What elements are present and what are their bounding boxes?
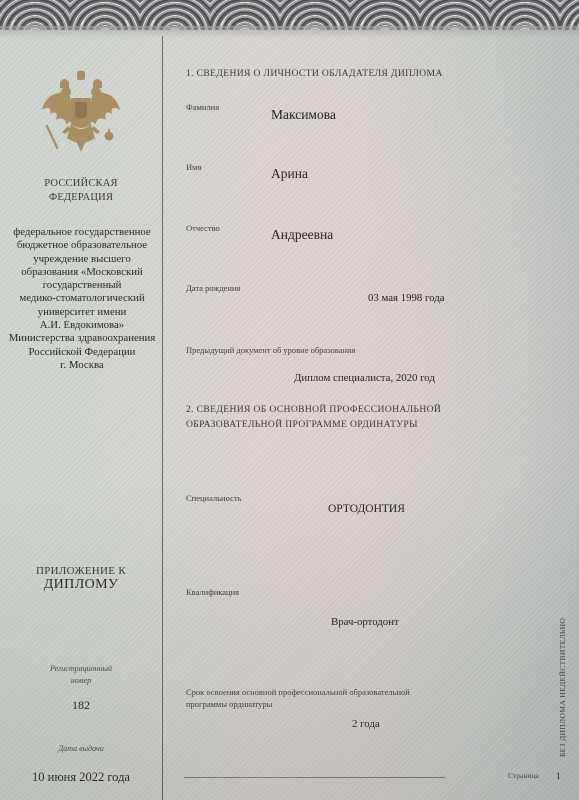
qualification-value: Врач-ортодонт [331, 616, 399, 628]
institution-line: учреждение высшего [2, 253, 162, 266]
specialty-label: Специальность [186, 493, 241, 503]
section-2-heading-line-2: ОБРАЗОВАТЕЛЬНОЙ ПРОГРАММЕ ОРДИНАТУРЫ [186, 417, 441, 432]
institution-line: федеральное государственное [2, 226, 162, 239]
institution-line: государственный [2, 279, 162, 292]
registration-number-label: Регистрационный номер [0, 663, 162, 687]
institution-line: университет имени [2, 306, 162, 319]
page-label: Страница [508, 771, 539, 780]
previous-document-label: Предыдущий документ об уровне образовани… [186, 345, 355, 355]
issue-date-label: Дата выдачи [0, 744, 162, 753]
section-2-heading-line-1: 2. СВЕДЕНИЯ ОБ ОСНОВНОЙ ПРОФЕССИОНАЛЬНОЙ [186, 402, 441, 417]
double-headed-eagle-icon [40, 70, 122, 158]
registration-label-line-2: номер [0, 675, 162, 687]
institution-line: образования «Московский [2, 266, 162, 279]
duration-value: 2 года [352, 718, 380, 730]
institution-line: Российской Федерации [2, 346, 162, 359]
country-line-2: ФЕДЕРАЦИЯ [0, 191, 162, 205]
page-number: 1 [556, 771, 561, 781]
patronymic-label: Отчество [186, 223, 220, 233]
section-1-heading: 1. СВЕДЕНИЯ О ЛИЧНОСТИ ОБЛАДАТЕЛЯ ДИПЛОМ… [186, 66, 443, 81]
country-line-1: РОССИЙСКАЯ [0, 177, 162, 191]
duration-label-line-2: программы ординатуры [186, 698, 410, 710]
section-2-heading: 2. СВЕДЕНИЯ ОБ ОСНОВНОЙ ПРОФЕССИОНАЛЬНОЙ… [186, 402, 441, 432]
country-name: РОССИЙСКАЯ ФЕДЕРАЦИЯ [0, 177, 162, 205]
patronymic-value: Андреевна [271, 227, 333, 243]
issue-date: 10 июня 2022 года [0, 770, 162, 785]
previous-document-value: Диплом специалиста, 2020 год [294, 372, 435, 384]
registration-number: 182 [0, 698, 162, 713]
left-column: РОССИЙСКАЯ ФЕДЕРАЦИЯ федеральное государ… [0, 0, 162, 800]
validity-note: БЕЗ ДИПЛОМА НЕДЕЙСТВИТЕЛЬНО [558, 618, 567, 757]
name-label: Имя [186, 162, 201, 172]
duration-label-line-1: Срок освоения основной профессиональной … [186, 686, 410, 698]
surname-value: Максимова [271, 107, 336, 123]
appendix-title-diploma: ДИПЛОМУ [0, 577, 162, 593]
name-value: Арина [271, 166, 308, 182]
institution-name: федеральное государственное бюджетное об… [2, 226, 162, 372]
signature-line [184, 777, 445, 778]
registration-label-line-1: Регистрационный [0, 663, 162, 675]
column-divider [162, 36, 163, 800]
institution-line: бюджетное образовательное [2, 239, 162, 252]
appendix-title: ПРИЛОЖЕНИЕ К [0, 565, 162, 577]
qualification-label: Квалификация [186, 587, 239, 597]
institution-line: г. Москва [2, 359, 162, 372]
diploma-supplement-page: РОССИЙСКАЯ ФЕДЕРАЦИЯ федеральное государ… [0, 0, 579, 800]
institution-line: Министерства здравоохранения [2, 332, 162, 345]
birth-date-value: 03 мая 1998 года [368, 292, 445, 304]
birth-date-label: Дата рождения [186, 283, 240, 293]
specialty-value: ОРТОДОНТИЯ [328, 503, 405, 515]
duration-label: Срок освоения основной профессиональной … [186, 686, 410, 710]
institution-line: А.И. Евдокимова» [2, 319, 162, 332]
surname-label: Фамилия [186, 102, 219, 112]
institution-line: медико-стоматологический [2, 292, 162, 305]
